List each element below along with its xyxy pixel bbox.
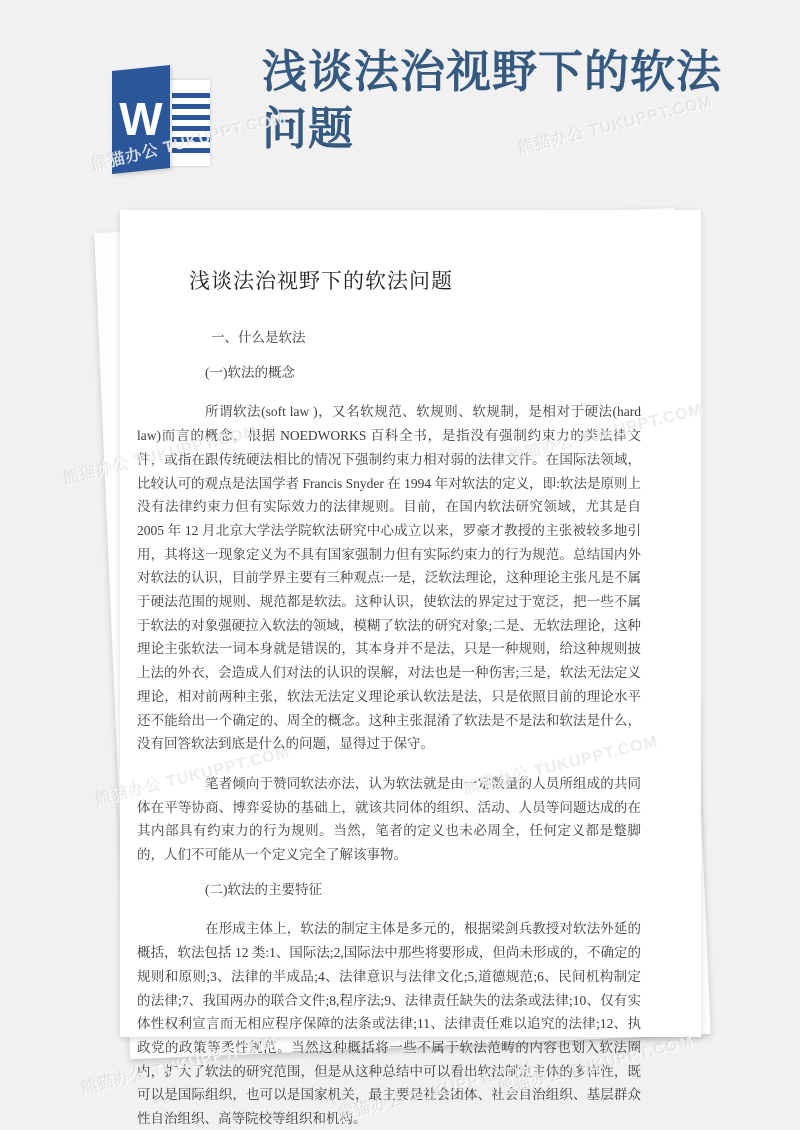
document-subheading-concept: (一)软法的概念	[205, 361, 641, 385]
word-icon-cover: W	[112, 65, 170, 174]
document-paragraph-features: 在形成主体上，软法的制定主体是多元的，根据梁剑兵教授对软法外延的概括，软法包括 …	[137, 917, 641, 1130]
header: W 浅谈法治视野下的软法问题	[0, 0, 800, 200]
document-paragraph-concept: 所谓软法(soft law )，又名软规范、软规则、软规制，是相对于硬法(har…	[137, 400, 641, 756]
document-heading-what-is-soft-law: 一、什么是软法	[211, 326, 641, 350]
page-title: 浅谈法治视野下的软法问题	[262, 44, 740, 158]
page-background: W 浅谈法治视野下的软法问题 浅谈法治视野下的软法问题 一、什么是软法 (一)软…	[0, 0, 800, 1130]
word-icon-document-sheet	[166, 80, 210, 166]
document-subheading-main-features: (二)软法的主要特征	[205, 878, 641, 902]
document-title: 浅谈法治视野下的软法问题	[189, 266, 641, 296]
word-icon-letter: W	[112, 68, 170, 171]
word-icon: W	[110, 58, 214, 178]
document-page: 浅谈法治视野下的软法问题 一、什么是软法 (一)软法的概念 所谓软法(soft …	[120, 210, 701, 1037]
document-paragraph-author-view: 笔者倾向于赞同软法亦法，认为软法就是由一定数量的人员所组成的共同体在平等协商、博…	[137, 772, 641, 867]
word-icon-text-lines	[172, 93, 210, 155]
